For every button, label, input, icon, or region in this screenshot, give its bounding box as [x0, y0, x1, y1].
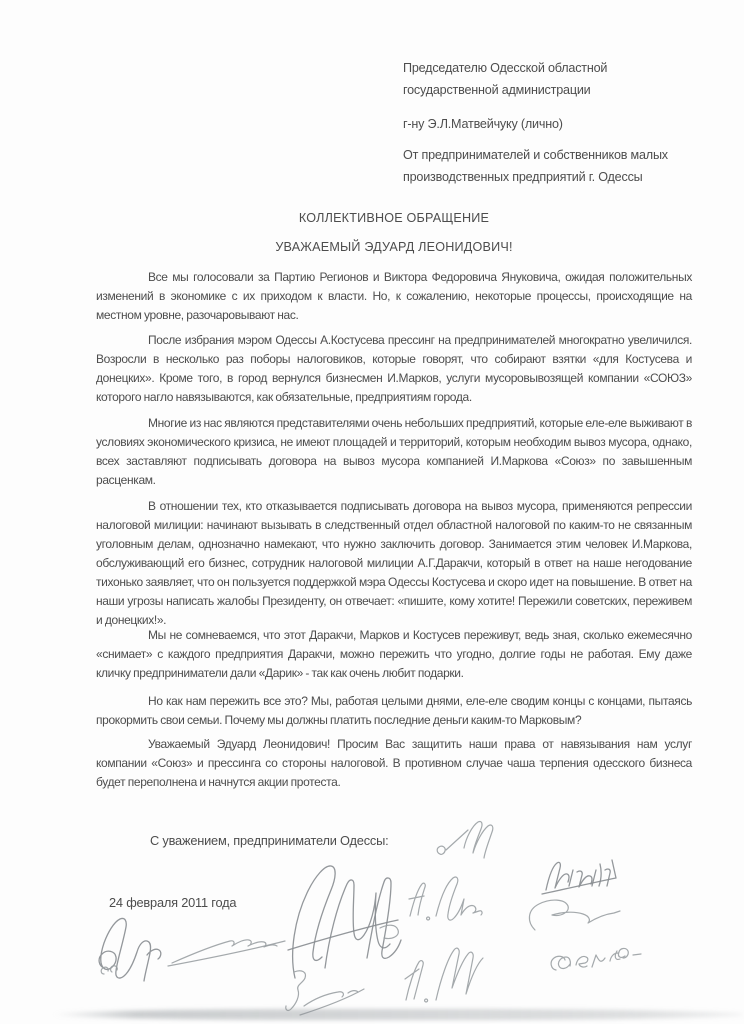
paragraph-7: Уважаемый Эдуард Леонидович! Просим Вас … [96, 735, 692, 792]
paragraph-2: После избрания мэром Одессы А.Костусева … [96, 331, 692, 407]
recipient-line: государственной администрации [403, 79, 668, 101]
letter-salutation: УВАЖАЕМЫЙ ЭДУАРД ЛЕОНИДОВИЧ! [96, 240, 692, 254]
paragraph-6: Но как нам пережить все это? Мы, работая… [96, 692, 692, 730]
recipient-block: Председателю Одесской областной государс… [403, 57, 668, 188]
signature-8 [542, 860, 616, 894]
recipient-line: г-ну Э.Л.Матвейчуку (лично) [403, 113, 668, 135]
paragraph-4: В отношении тех, кто отказывается подпис… [96, 497, 692, 630]
signature-2 [168, 940, 285, 966]
paragraph-1: Все мы голосовали за Партию Регионов и В… [96, 268, 692, 325]
signature-1 [99, 918, 161, 981]
signature-6 [409, 877, 482, 920]
signature-7 [405, 948, 483, 1002]
letter-title: КОЛЛЕКТИВНОЕ ОБРАЩЕНИЕ [96, 211, 692, 225]
recipient-line: От предпринимателей и собственников малы… [403, 144, 668, 166]
scanned-letter-page: Председателю Одесской областной государс… [0, 0, 744, 1024]
signature-9 [529, 900, 620, 930]
signatures-block [80, 808, 744, 1024]
paragraph-5: Мы не сомневаемся, что этот Даракчи, Мар… [96, 626, 692, 683]
scan-artifact [52, 1009, 744, 1020]
signature-3 [288, 866, 401, 978]
recipient-line: производственных предприятий г. Одессы [403, 166, 668, 188]
paragraph-3: Многие из нас являются представителями о… [96, 414, 692, 490]
recipient-line: Председателю Одесской областной [403, 57, 668, 79]
signature-5 [437, 821, 493, 858]
signature-10 [551, 948, 641, 970]
